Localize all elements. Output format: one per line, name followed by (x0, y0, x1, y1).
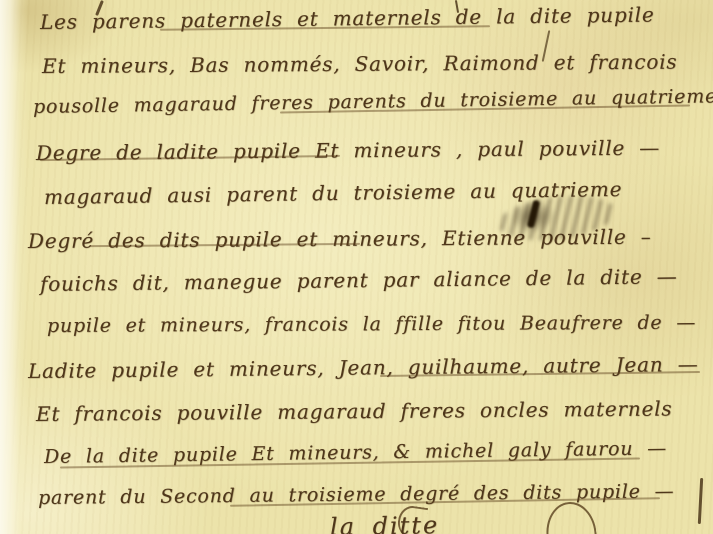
flourish-loop (543, 499, 596, 534)
manuscript-line: De la dite pupile Et mineurs, & michel g… (44, 437, 667, 468)
manuscript-line: Degre de ladite pupile Et mineurs , paul… (36, 136, 660, 165)
margin-stroke-right (698, 478, 703, 524)
manuscript-line: magaraud ausi parent du troisieme au qua… (44, 177, 623, 209)
manuscript-line: Et mineurs, Bas nommés, Savoir, Raimond … (42, 50, 678, 78)
manuscript-line: Les parens paternels et maternels de la … (40, 2, 655, 34)
manuscript-line: pupile et mineurs, francois la ffille fi… (47, 312, 696, 337)
manuscript-line: fouichs dit, manegue parent par aliance … (40, 264, 678, 296)
page-left-edge-highlight (0, 0, 28, 534)
manuscript-page: Les parens paternels et maternels de la … (0, 0, 713, 534)
manuscript-line-partial: la ditte (330, 511, 440, 534)
manuscript-line: Et francois pouville magaraud freres onc… (36, 396, 673, 426)
ink-smudge-dark-mark (527, 200, 541, 229)
manuscript-line: Ladite pupile et mineurs, Jean, guilhaum… (28, 352, 699, 383)
manuscript-line: pousolle magaraud freres parents du troi… (33, 85, 713, 118)
manuscript-line: parent du Second au troisieme degré des … (38, 480, 675, 509)
manuscript-line: Degré des dits pupile et mineurs, Etienn… (28, 225, 652, 253)
